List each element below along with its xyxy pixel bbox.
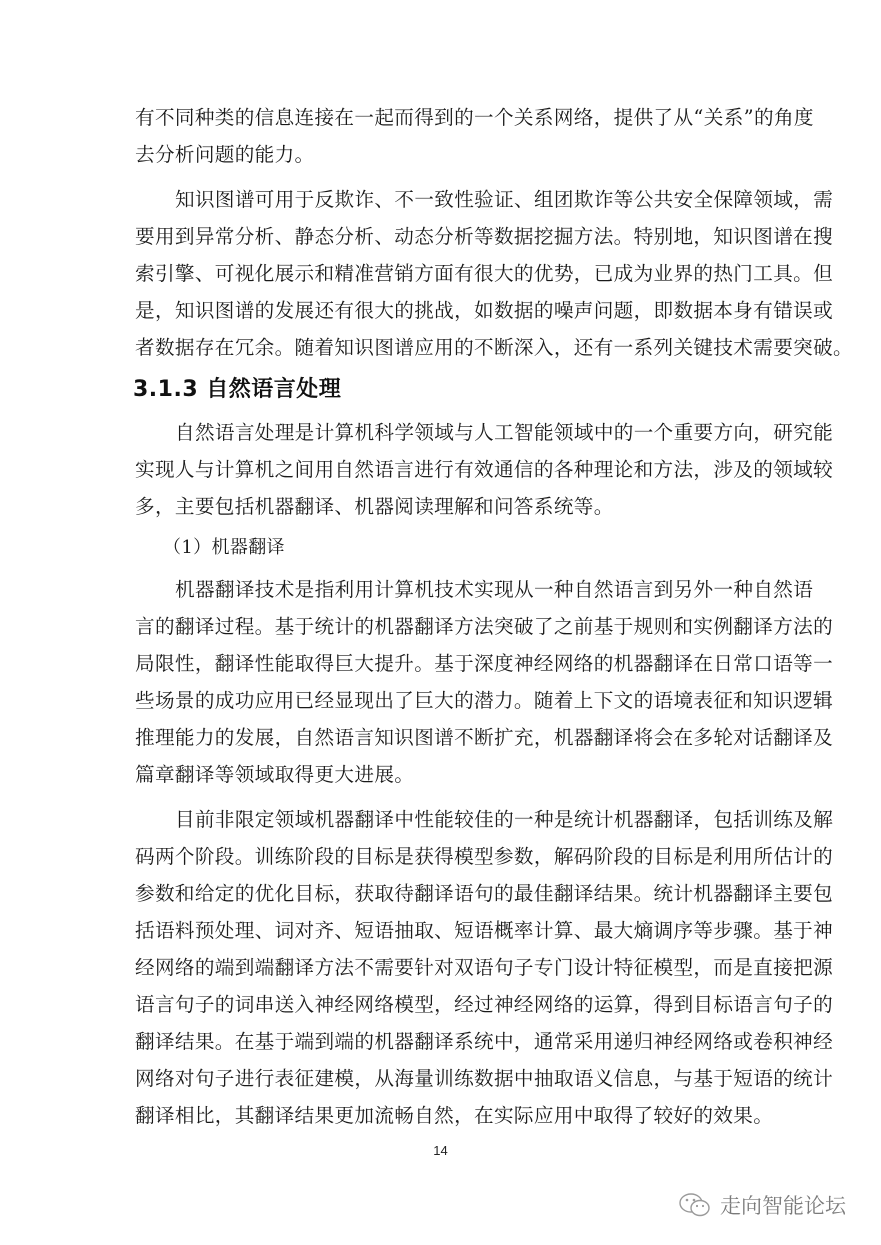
text-line: 翻译相比，其翻译结果更加流畅自然，在实际应用中取得了较好的效果。 xyxy=(135,1104,755,1128)
text-line: 去分析问题的能力。 xyxy=(135,143,755,167)
text-line: 知识图谱可用于反欺诈、不一致性验证、组团欺诈等公共安全保障领域，需 xyxy=(175,188,795,212)
text-line: 目前非限定领域机器翻译中性能较佳的一种是统计机器翻译，包括训练及解 xyxy=(175,808,795,832)
text-line: 局限性，翻译性能取得巨大提升。基于深度神经网络的机器翻译在日常口语等一 xyxy=(135,652,755,676)
text-line: 翻译结果。在基于端到端的机器翻译系统中，通常采用递归神经网络或卷积神经 xyxy=(135,1030,755,1054)
text-line: 些场景的成功应用已经显现出了巨大的潜力。随着上下文的语境表征和知识逻辑 xyxy=(135,689,755,713)
text-line: 机器翻译技术是指利用计算机技术实现从一种自然语言到另外一种自然语 xyxy=(175,578,795,602)
text-line: 码两个阶段。训练阶段的目标是获得模型参数，解码阶段的目标是利用所估计的 xyxy=(135,845,755,869)
text-line: 多，主要包括机器翻译、机器阅读理解和问答系统等。 xyxy=(135,495,755,519)
wechat-icon xyxy=(678,1192,712,1218)
section-heading: 3.1.3 自然语言处理 xyxy=(133,372,341,403)
document-page: 有不同种类的信息连接在一起而得到的一个关系网络，提供了从“关系”的角度 去分析问… xyxy=(0,0,881,1245)
text-line: 实现人与计算机之间用自然语言进行有效通信的各种理论和方法，涉及的领域较 xyxy=(135,458,755,482)
text-line: 括语料预处理、词对齐、短语抽取、短语概率计算、最大熵调序等步骤。基于神 xyxy=(135,919,755,943)
watermark-text: 走向智能论坛 xyxy=(720,1190,846,1220)
text-line: 语言句子的词串送入神经网络模型，经过神经网络的运算，得到目标语言句子的 xyxy=(135,993,755,1017)
watermark: 走向智能论坛 xyxy=(678,1190,846,1220)
text-line: 网络对句子进行表征建模，从海量训练数据中抽取语义信息，与基于短语的统计 xyxy=(135,1067,755,1091)
page-number: 14 xyxy=(0,1143,881,1158)
text-line: 要用到异常分析、静态分析、动态分析等数据挖掘方法。特别地，知识图谱在搜 xyxy=(135,225,755,249)
text-line: 篇章翻译等领域取得更大进展。 xyxy=(135,763,755,787)
text-line: 言的翻译过程。基于统计的机器翻译方法突破了之前基于规则和实例翻译方法的 xyxy=(135,615,755,639)
subheading: （1）机器翻译 xyxy=(163,536,783,560)
text-line: 索引擎、可视化展示和精准营销方面有很大的优势，已成为业界的热门工具。但 xyxy=(135,262,755,286)
text-line: 经网络的端到端翻译方法不需要针对双语句子专门设计特征模型，而是直接把源 xyxy=(135,956,755,980)
text-line: 推理能力的发展，自然语言知识图谱不断扩充，机器翻译将会在多轮对话翻译及 xyxy=(135,726,755,750)
text-line: 参数和给定的优化目标，获取待翻译语句的最佳翻译结果。统计机器翻译主要包 xyxy=(135,882,755,906)
text-line: 是，知识图谱的发展还有很大的挑战，如数据的噪声问题，即数据本身有错误或 xyxy=(135,299,755,323)
text-line: 自然语言处理是计算机科学领域与人工智能领域中的一个重要方向，研究能 xyxy=(175,421,795,445)
text-line: 者数据存在冗余。随着知识图谱应用的不断深入，还有一系列关键技术需要突破。 xyxy=(135,336,755,360)
text-line: 有不同种类的信息连接在一起而得到的一个关系网络，提供了从“关系”的角度 xyxy=(135,106,755,130)
